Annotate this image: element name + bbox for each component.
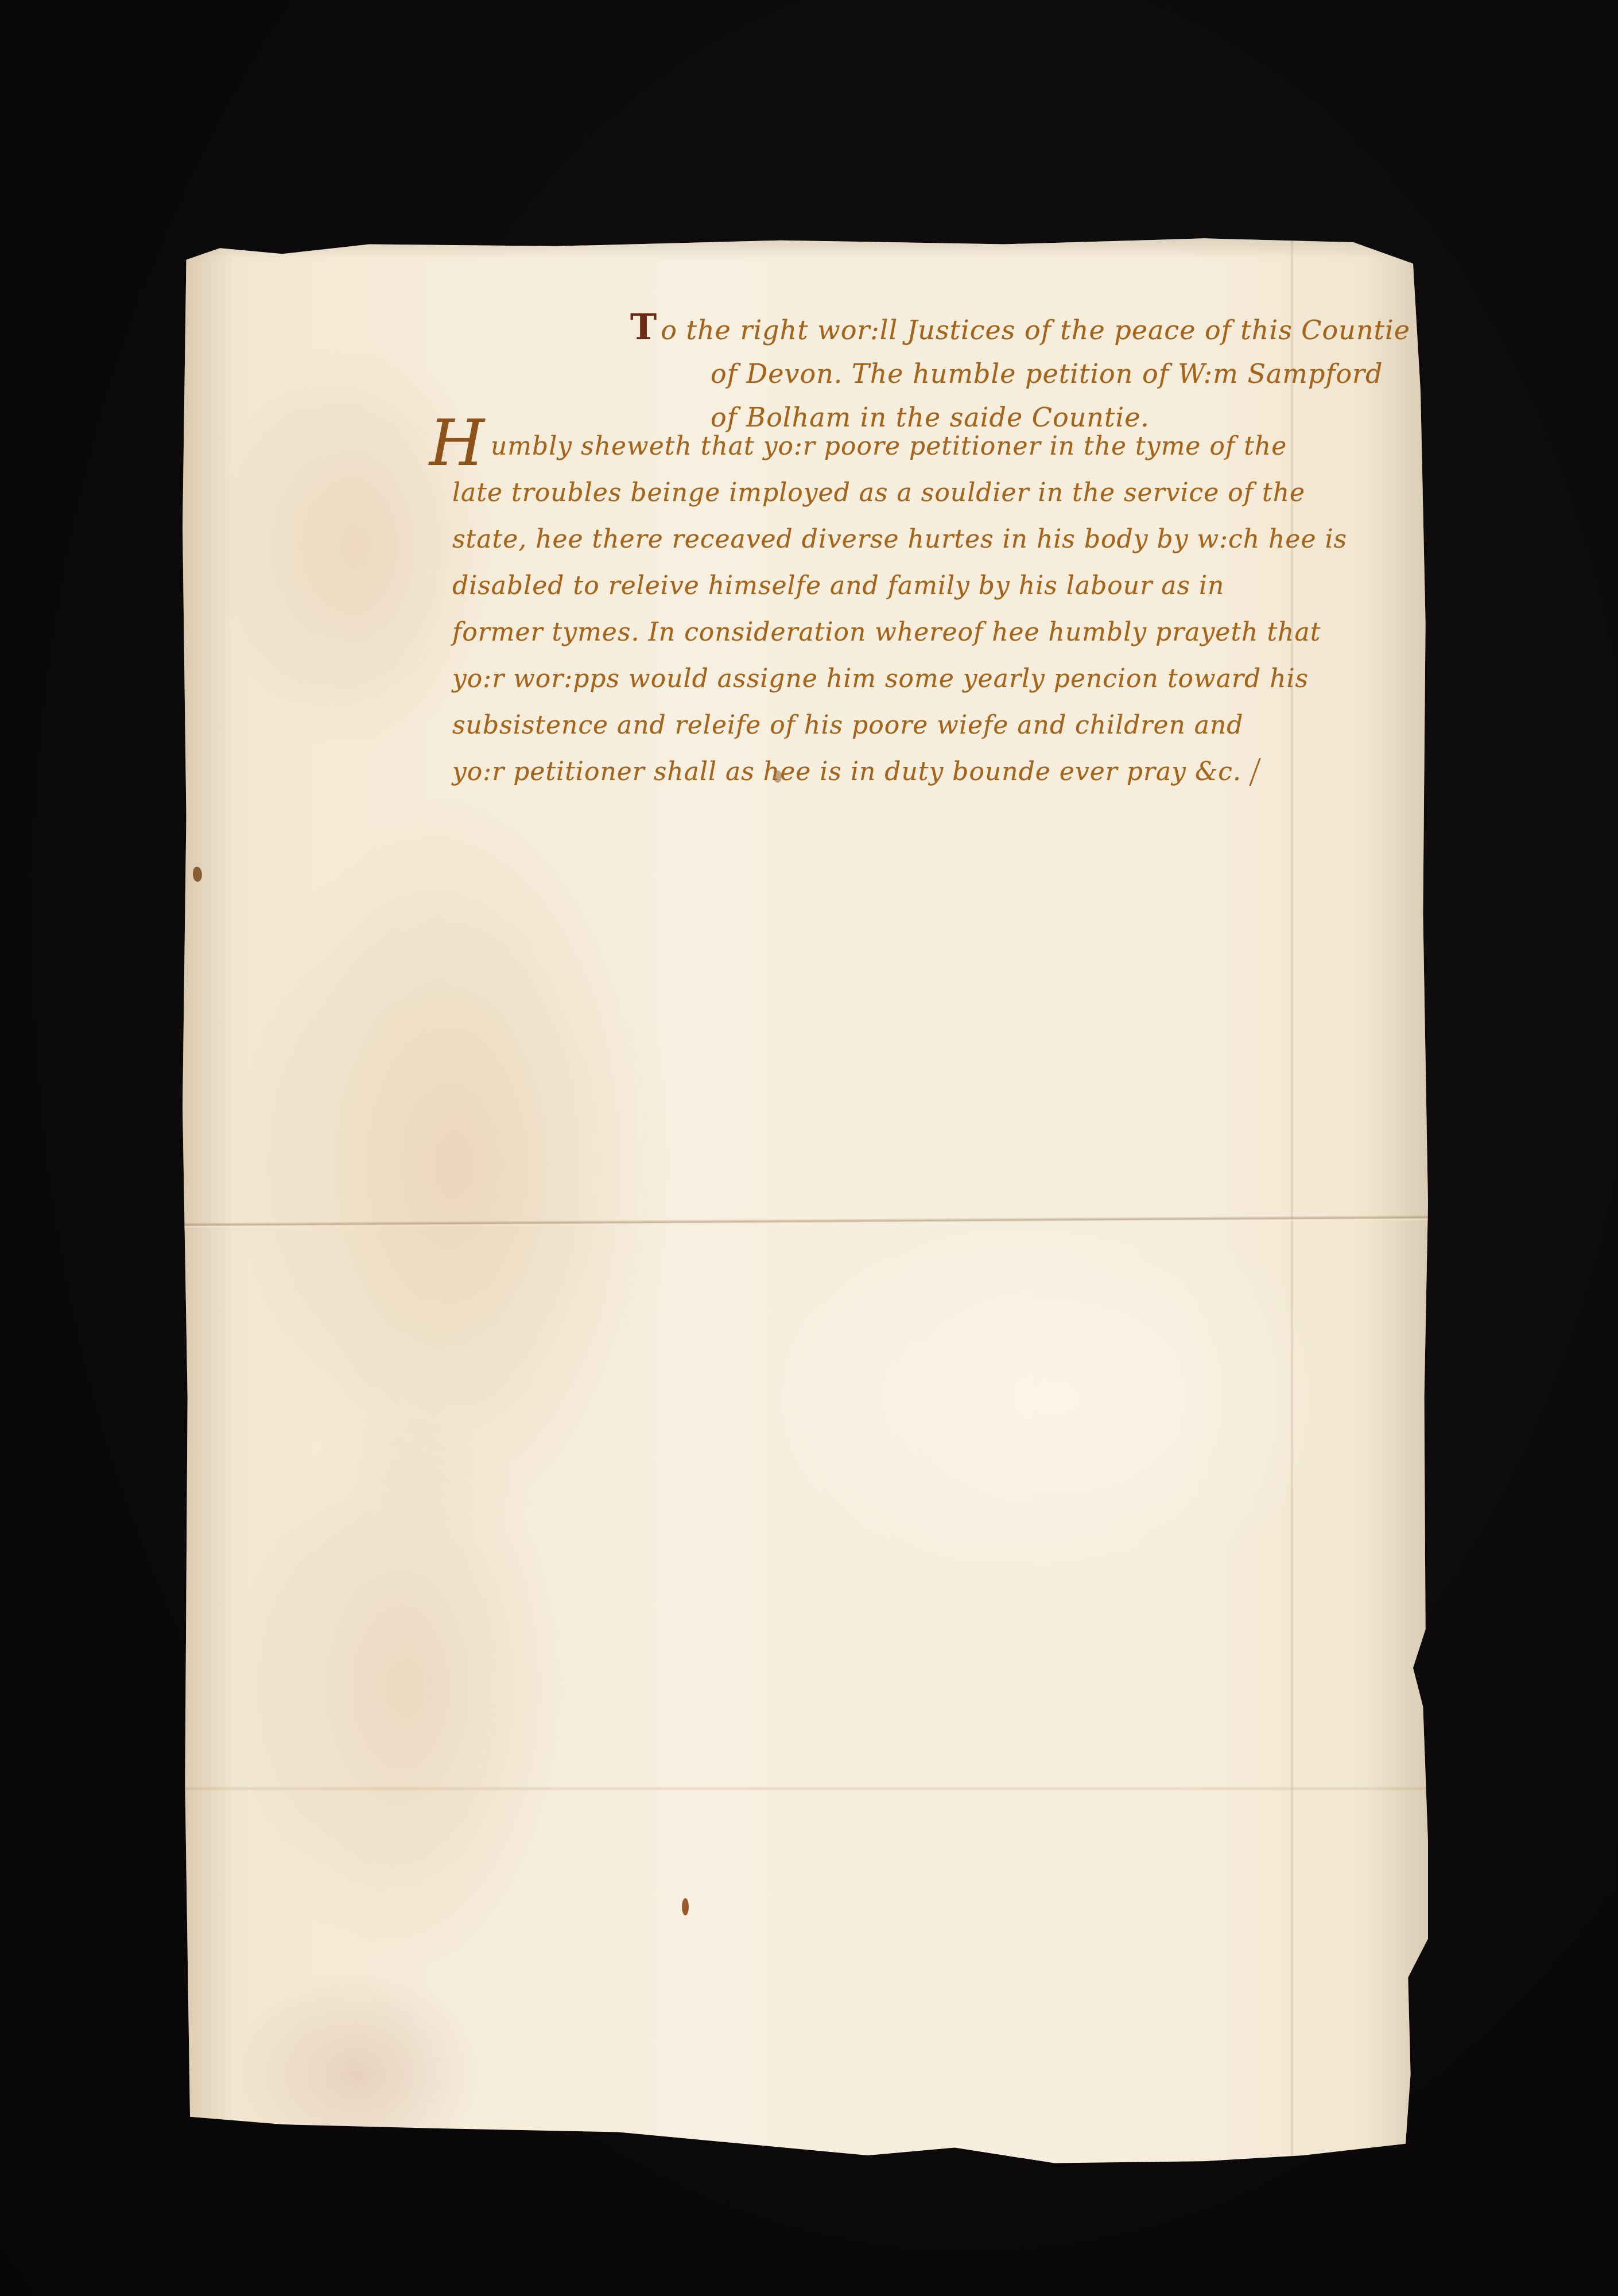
body-line: Humbly sheweth that yo:r poore petitione…	[429, 423, 1417, 470]
body-line-text: late troubles beinge imployed as a sould…	[452, 478, 1305, 507]
petition-address: To the right wor:ll Justices of the peac…	[630, 305, 1376, 439]
address-line: To the right wor:ll Justices of the peac…	[630, 305, 1376, 352]
body-line-text: umbly sheweth that yo:r poore petitioner…	[491, 432, 1287, 461]
address-line-text: of Devon. The humble petition of W:m Sam…	[711, 358, 1383, 389]
body-line: disabled to releive himselfe and family …	[429, 563, 1417, 609]
body-line-text: subsistence and releife of his poore wie…	[452, 711, 1244, 740]
horizontal-fold-line	[183, 1215, 1428, 1228]
address-line-text: o the right wor:ll Justices of the peace…	[661, 315, 1410, 346]
body-line-text: yo:r petitioner shall as hee is in duty …	[452, 757, 1241, 786]
body-line: late troubles beinge imployed as a sould…	[429, 470, 1417, 516]
body-line: subsistence and releife of his poore wie…	[429, 702, 1417, 748]
lower-fold-line	[183, 1786, 1428, 1791]
petition-body: Humbly sheweth that yo:r poore petitione…	[429, 423, 1417, 795]
manuscript-sheet: To the right wor:ll Justices of the peac…	[183, 236, 1428, 2171]
body-line-text: former tymes. In consideration whereof h…	[452, 618, 1321, 647]
address-line: of Devon. The humble petition of W:m Sam…	[630, 352, 1376, 395]
decorated-initial-h: H	[429, 426, 485, 460]
ink-spot	[682, 1898, 689, 1915]
body-line: yo:r petitioner shall as hee is in duty …	[429, 748, 1417, 795]
deckle-edge-left	[183, 236, 234, 2171]
body-line-text: disabled to releive himselfe and family …	[452, 571, 1224, 600]
body-line: yo:r wor:pps would assigne him some year…	[429, 656, 1417, 702]
terminal-flourish-mark	[1244, 758, 1260, 786]
edge-blot-mark	[193, 867, 202, 882]
body-line-text: state, hee there receaved diverse hurtes…	[452, 525, 1347, 554]
body-line-text: yo:r wor:pps would assigne him some year…	[452, 664, 1309, 693]
body-line: state, hee there receaved diverse hurtes…	[429, 516, 1417, 563]
decorated-initial-t: T	[630, 305, 657, 349]
body-line: former tymes. In consideration whereof h…	[429, 609, 1417, 656]
